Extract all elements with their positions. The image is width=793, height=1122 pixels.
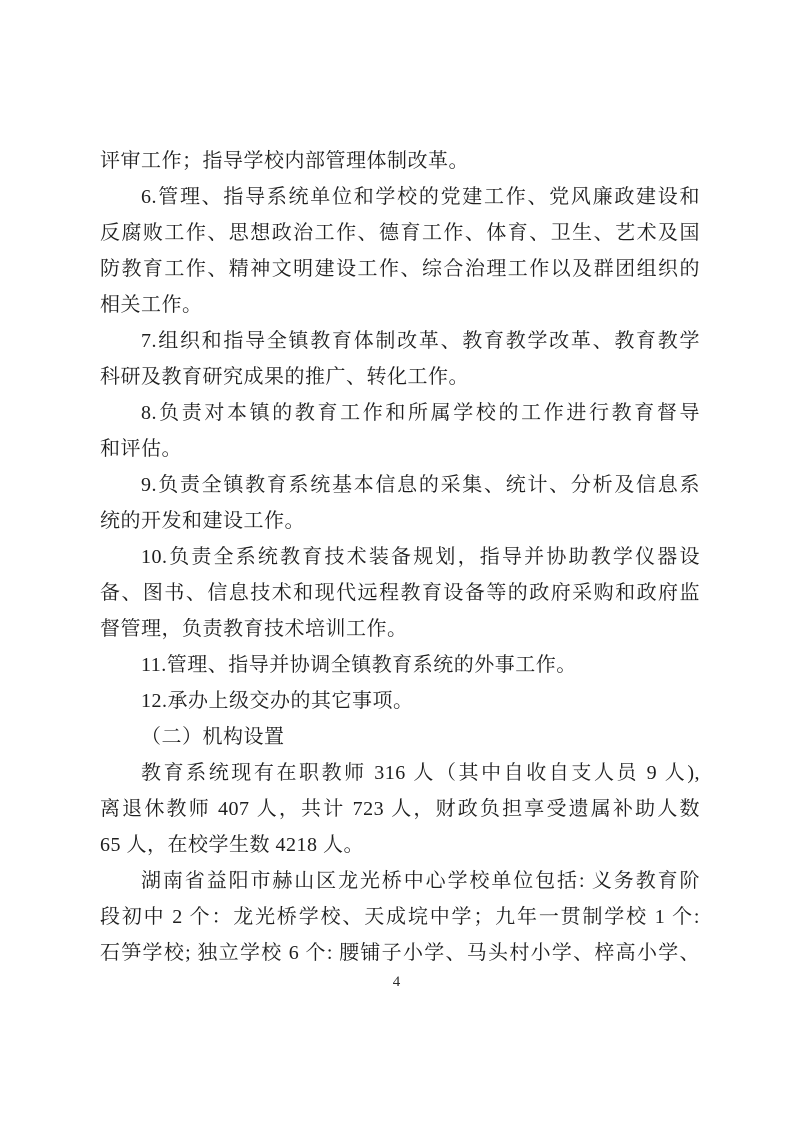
text-line: 湖南省益阳市赫山区龙光桥中心学校单位包括: 义务教育阶 bbox=[100, 863, 700, 899]
text-line: （二）机构设置 bbox=[100, 719, 700, 755]
page-number: 4 bbox=[0, 972, 793, 992]
text-line: 7.组织和指导全镇教育体制改革、教育教学改革、教育教学 bbox=[100, 323, 700, 359]
text-line: 石笋学校; 独立学校 6 个: 腰铺子小学、马头村小学、梓高小学、 bbox=[100, 935, 700, 971]
text-line: 评审工作；指导学校内部管理体制改革。 bbox=[100, 143, 700, 179]
text-line: 督管理，负责教育技术培训工作。 bbox=[100, 611, 700, 647]
text-line: 9.负责全镇教育系统基本信息的采集、统计、分析及信息系 bbox=[100, 467, 700, 503]
text-line: 6.管理、指导系统单位和学校的党建工作、党风廉政建设和 bbox=[100, 179, 700, 215]
document-page: 评审工作；指导学校内部管理体制改革。6.管理、指导系统单位和学校的党建工作、党风… bbox=[0, 0, 793, 1122]
text-line: 教育系统现有在职教师 316 人（其中自收自支人员 9 人), bbox=[100, 755, 700, 791]
text-line: 科研及教育研究成果的推广、转化工作。 bbox=[100, 359, 700, 395]
text-line: 11.管理、指导并协调全镇教育系统的外事工作。 bbox=[100, 647, 700, 683]
text-line: 防教育工作、精神文明建设工作、综合治理工作以及群团组织的 bbox=[100, 251, 700, 287]
text-line: 统的开发和建设工作。 bbox=[100, 503, 700, 539]
text-line: 10.负责全系统教育技术装备规划，指导并协助教学仪器设 bbox=[100, 539, 700, 575]
text-line: 备、图书、信息技术和现代远程教育设备等的政府采购和政府监 bbox=[100, 575, 700, 611]
text-line: 8.负责对本镇的教育工作和所属学校的工作进行教育督导 bbox=[100, 395, 700, 431]
document-body: 评审工作；指导学校内部管理体制改革。6.管理、指导系统单位和学校的党建工作、党风… bbox=[100, 143, 700, 971]
text-line: 反腐败工作、思想政治工作、德育工作、体育、卫生、艺术及国 bbox=[100, 215, 700, 251]
text-line: 离退休教师 407 人，共计 723 人，财政负担享受遗属补助人数 bbox=[100, 791, 700, 827]
text-line: 12.承办上级交办的其它事项。 bbox=[100, 683, 700, 719]
text-line: 段初中 2 个：龙光桥学校、天成垸中学；九年一贯制学校 1 个: bbox=[100, 899, 700, 935]
text-line: 65 人，在校学生数 4218 人。 bbox=[100, 827, 700, 863]
text-line: 相关工作。 bbox=[100, 287, 700, 323]
text-line: 和评估。 bbox=[100, 431, 700, 467]
